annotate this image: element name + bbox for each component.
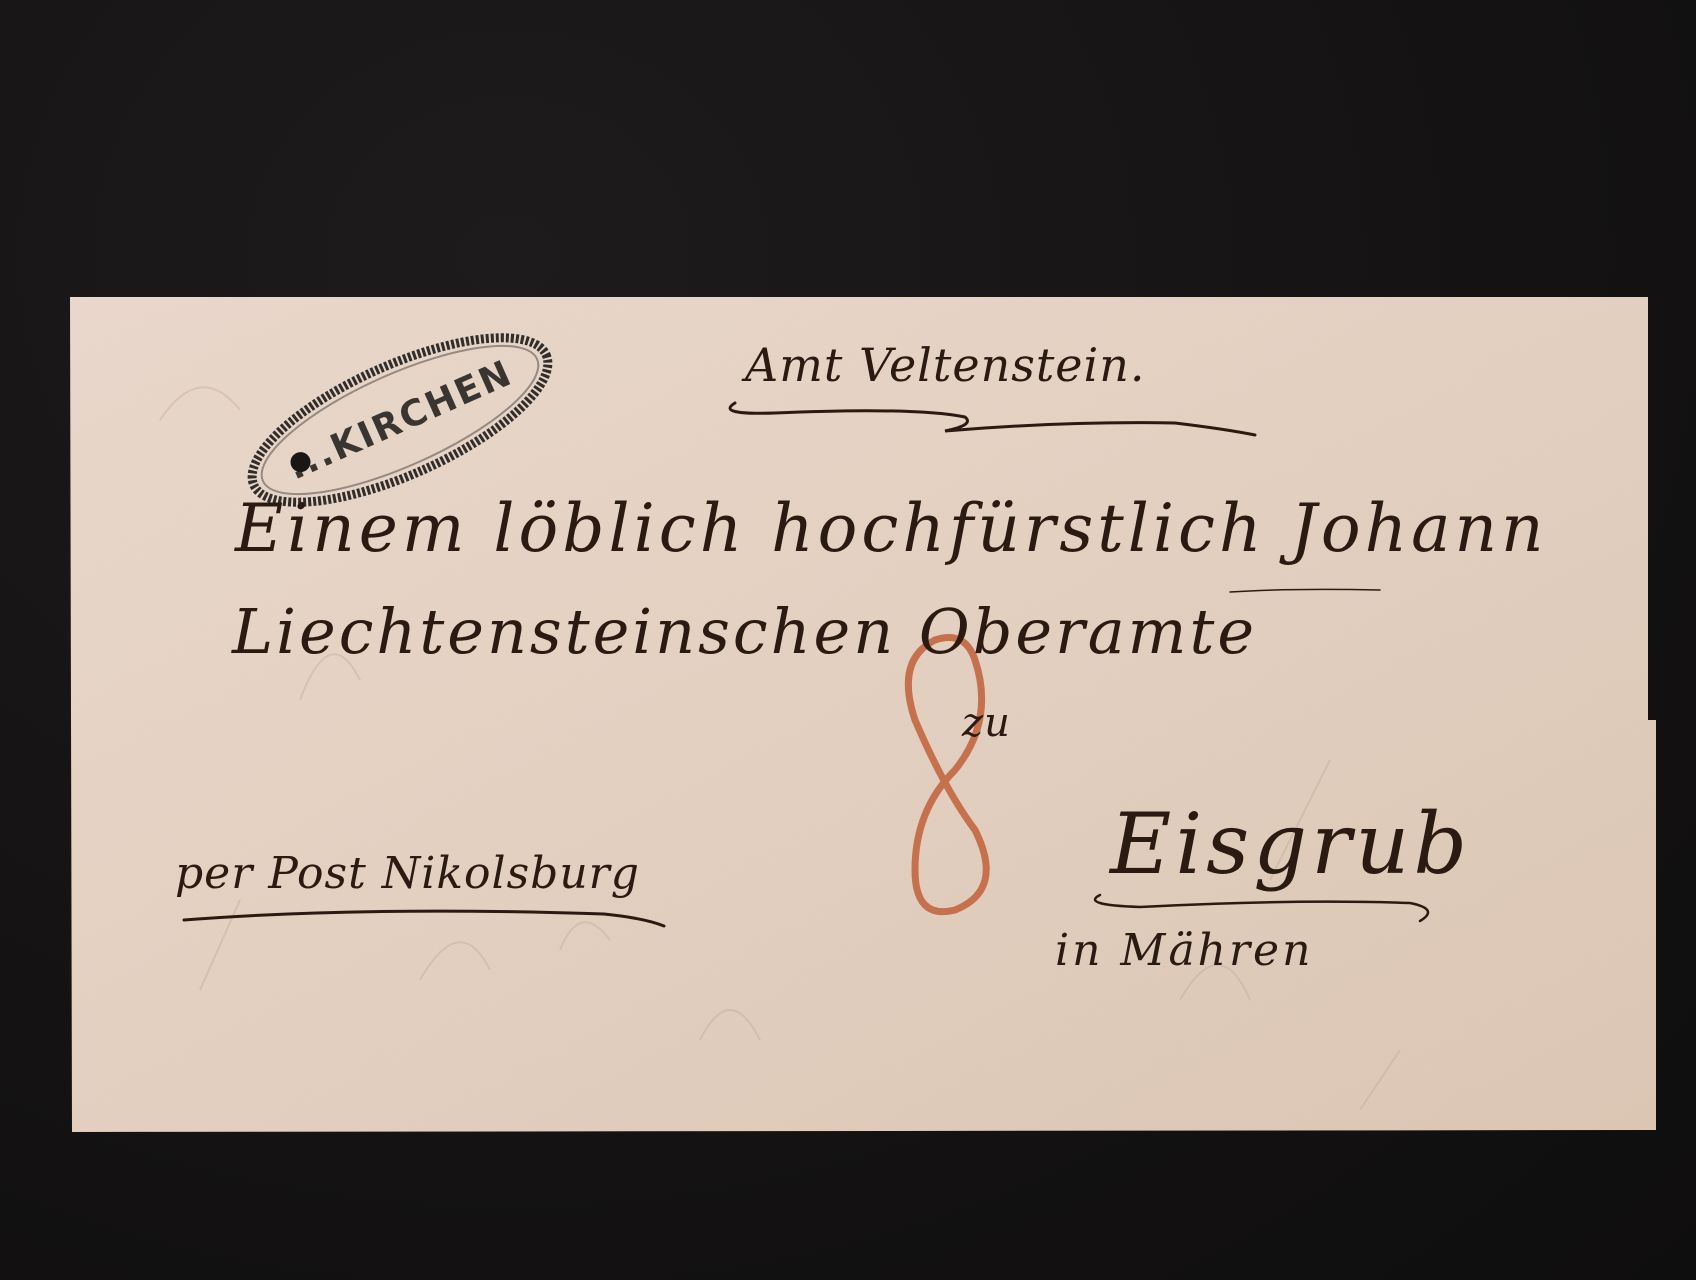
address-region: in Mähren xyxy=(1055,925,1313,976)
folded-letter: ...KIRCHEN Amt Veltenstein. Einem löblic… xyxy=(0,0,1696,1280)
annotation-amt: Amt Veltenstein. xyxy=(745,338,1146,392)
address-line-2: Liechtensteinschen Oberamte xyxy=(232,595,1257,668)
routing-note: per Post Nikolsburg xyxy=(175,848,640,899)
address-line-1: Einem löblich hochfürstlich Johann xyxy=(235,490,1548,567)
address-line-3: zu xyxy=(962,700,1011,746)
address-city: Eisgrub xyxy=(1110,795,1471,893)
